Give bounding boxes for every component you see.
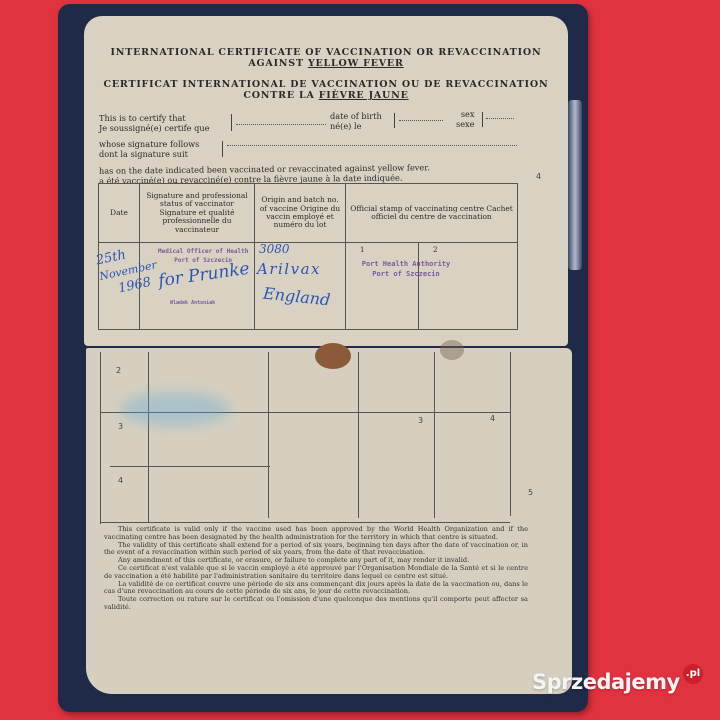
page-number-5: 5	[528, 488, 533, 497]
cell-vaccinator: Medical Officer of Health Port of Szczec…	[140, 243, 255, 330]
certificate-page-bottom: 2 3 4 3 4 5 This certificate is valid on…	[86, 348, 572, 694]
fine-print: This certificate is valid only if the va…	[104, 526, 528, 612]
vaccination-table: Date Signature and professional status o…	[98, 183, 518, 330]
signature-label: whose signature follows dont la signatur…	[99, 140, 199, 159]
vaccine-name: Arilvax	[257, 265, 321, 273]
header-vaccine-origin: Origin and batch no. of vaccine Origine …	[255, 184, 346, 243]
title-french: CERTIFICAT INTERNATIONAL DE VACCINATION …	[84, 79, 568, 101]
signature-field[interactable]	[227, 145, 517, 146]
table-row: 25th November 1968 Medical Officer of He…	[99, 243, 518, 330]
plastic-sleeve-glare	[568, 100, 582, 270]
page-number-4: 4	[536, 172, 541, 181]
dob-label: date of birth né(e) le	[330, 112, 382, 131]
sex-field[interactable]	[486, 118, 514, 119]
name-field[interactable]	[236, 124, 326, 125]
cell-vaccine-origin: 3080 Arilvax England	[255, 243, 346, 330]
watermark-tld-badge: .pl	[683, 664, 703, 684]
header-date: Date	[99, 184, 140, 243]
dob-field[interactable]	[399, 120, 443, 121]
ink-stain	[120, 392, 230, 426]
table-header-row: Date Signature and professional status o…	[99, 184, 518, 243]
continuation-grid: 2 3 4 3 4	[100, 352, 524, 524]
header-vaccinator: Signature and professional status of vac…	[140, 184, 255, 243]
header-official-stamp: Official stamp of vaccinating centre Cac…	[346, 184, 518, 243]
cell-date: 25th November 1968	[99, 243, 140, 330]
sex-label: sex sexe	[456, 110, 475, 129]
cell-stamp-2: 2	[419, 243, 518, 330]
watermark-logo: Sprzedajemy	[532, 670, 680, 694]
cell-stamp-1: 1 Port Health Authority Port of Szczecin	[346, 243, 419, 330]
title-emphasis-yellow-fever: YELLOW FEVER	[308, 58, 404, 69]
centre-stamp: Port Health Authority Port of Szczecin	[356, 259, 456, 279]
batch-number: 3080	[259, 245, 290, 253]
title-english: INTERNATIONAL CERTIFICATE OF VACCINATION…	[84, 47, 568, 69]
vaccine-country: England	[263, 289, 331, 304]
vaccinator-signature: for Prunke	[158, 265, 250, 286]
certificate-page-top: INTERNATIONAL CERTIFICATE OF VACCINATION…	[84, 16, 568, 346]
stain	[440, 340, 464, 360]
certify-label: This is to certify that Je soussigné(e) …	[99, 114, 209, 133]
title-emphasis-fievre-jaune: FIÈVRE JAUNE	[319, 90, 409, 101]
staple-rust-hole	[315, 343, 351, 369]
vaccinator-stamp-title: Medical Officer of Health	[158, 247, 248, 256]
vaccinator-stamp-name: Wladek Antoniak	[170, 299, 215, 307]
